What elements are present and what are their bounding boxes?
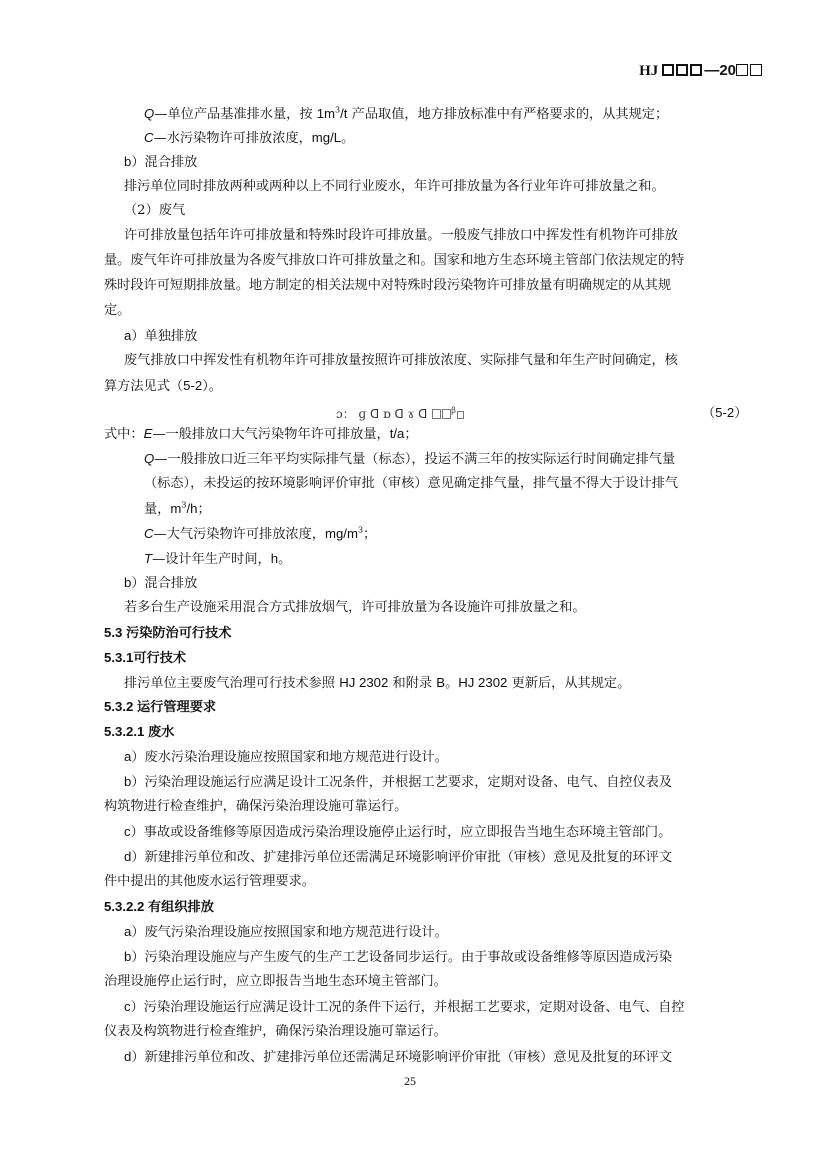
- standard-prefix: HJ: [639, 63, 658, 79]
- text-line-water-b-heading: b）混合排放: [124, 152, 197, 173]
- text-line-og-a: a）废气污染治理设施应按照国家和地方规范进行设计。: [124, 922, 448, 943]
- text-run: ）污染治理设施应与产生废气的生产工艺设备同步运行。由于事故或设备维修等原因造成污…: [131, 950, 672, 965]
- text-run: ）单独排放: [131, 329, 197, 344]
- text-run: 1m: [317, 106, 335, 121]
- placeholder-box: [690, 64, 702, 76]
- text-run: ）事故或设备维修等原因造成污染治理设施停止运行时，应立即报告当地生态环境主管部门…: [131, 825, 672, 840]
- text-line-gas-a-l1: 废气排放口中挥发性有机物年许可排放量按照许可排放浓度、实际排气量和年生产时间确定…: [124, 351, 678, 371]
- text-line-gas-p1-l1: 许可排放量包括年许可排放量和特殊时段许可排放量。一般废气排放口中挥发性有机物许可…: [124, 226, 678, 246]
- text-run: h: [271, 551, 278, 566]
- section-heading: 5.3 污染防治可行技术: [104, 625, 232, 640]
- text-run: m: [170, 501, 181, 516]
- text-line-gas-p1-l4: 定。: [104, 301, 130, 321]
- text-run: —水污染物许可排放浓度，: [154, 131, 312, 146]
- text-line-sec-5-3-1: 5.3.1可行技术: [104, 648, 186, 669]
- placeholder-box: [676, 64, 688, 76]
- variable-symbol: C: [144, 130, 154, 145]
- text-line-sec-5-3-2-2: 5.3.2.2 有组织排放: [104, 897, 214, 918]
- text-line-gas-b-heading: b）混合排放: [124, 573, 197, 594]
- text-line-ww-d-l2: 件中提出的其他废水运行管理要求。: [104, 872, 315, 892]
- equation-superscript: β: [451, 406, 456, 415]
- missing-glyph-box: [457, 411, 464, 419]
- equation-number: （5-2）: [702, 402, 747, 421]
- missing-glyph-box: [442, 409, 451, 419]
- text-line-sec-5-3-2-1: 5.3.2.1 废水: [104, 722, 174, 743]
- text-run: 殊时段许可短期排放量。地方制定的相关法规中对特殊时段污染物许可排放量有明确规定的…: [104, 278, 671, 293]
- text-run: 排污单位主要废气治理可行技术参照: [124, 676, 339, 691]
- text-run: /h: [186, 501, 197, 516]
- text-line-e-def: 式中：E—一般排放口大气污染物年许可排放量，t/a；: [104, 424, 418, 445]
- text-run: —设计年生产时间，: [152, 552, 271, 567]
- text-line-sec-5-3: 5.3 污染防治可行技术: [104, 623, 232, 644]
- text-line-c-gas-def: C—大气污染物许可排放浓度，mg/m3；: [144, 524, 376, 545]
- placeholder-box: [750, 64, 762, 76]
- text-run: ）混合排放: [131, 576, 197, 591]
- text-line-q-gas-l3: 量，m3/h；: [144, 499, 211, 520]
- text-run: ）废水污染治理设施应按照国家和地方规范进行设计。: [131, 750, 448, 765]
- text-line-q-gas-l1: Q—一般排放口近三年平均实际排气量（标态），投运不满三年的按实际运行时间确定排气…: [144, 449, 675, 470]
- text-run: ）混合排放: [131, 155, 197, 170]
- text-run: —一般排放口近三年平均实际排气量（标态），投运不满三年的按实际运行时间确定排气量: [154, 452, 675, 467]
- text-run: ）新建排污单位和改、扩建排污单位还需满足环境影响评价审批（审核）意见及批复的环评…: [131, 850, 672, 865]
- text-line-og-b-l1: b）污染治理设施应与产生废气的生产工艺设备同步运行。由于事故或设备维修等原因造成…: [124, 947, 672, 968]
- page-number: 25: [404, 1074, 416, 1089]
- text-line-og-b-l2: 治理设施停止运行时，应立即报告当地生态环境主管部门。: [104, 972, 447, 992]
- section-heading: 5.3.2.1 废水: [104, 724, 174, 739]
- section-heading: 5.3.2 运行管理要求: [104, 699, 216, 714]
- variable-symbol: Q: [144, 451, 154, 466]
- text-run: ）污染治理设施运行应满足设计工况的条件下运行，并根据工艺要求，定期对设备、电气、…: [131, 1000, 685, 1015]
- text-run: ；: [404, 427, 417, 442]
- text-run: 5-2: [183, 378, 202, 393]
- placeholder-box: [736, 64, 748, 76]
- text-run: 。: [341, 131, 354, 146]
- text-run: ）。: [202, 379, 222, 394]
- text-run: 量，: [144, 502, 170, 517]
- text-run: HJ 2302: [458, 675, 507, 690]
- text-run: B: [436, 675, 445, 690]
- text-line-og-c-l2: 仪表及构筑物进行检查维护，确保污染治理设施可靠运行。: [104, 1022, 447, 1042]
- text-run: —单位产品基准排水量，按: [154, 107, 316, 122]
- variable-symbol: T: [144, 551, 152, 566]
- text-run: 量。废气年许可排放量为各废气排放口许可排放量之和。国家和地方生态环境主管部门依法…: [104, 253, 684, 268]
- text-run: 算方法见式（: [104, 379, 183, 394]
- text-line-c-water-def: C—水污染物许可排放浓度，mg/L。: [144, 128, 354, 149]
- text-run: mg/m: [325, 526, 358, 541]
- text-run: t/a: [390, 426, 405, 441]
- document-page: HJ—20 Q—单位产品基准排水量，按 1m3/t 产品取值，地方排放标准中有严…: [0, 0, 826, 1169]
- text-run: 许可排放量包括年许可排放量和特殊时段许可排放量。一般废气排放口中挥发性有机物许可…: [124, 228, 678, 243]
- text-line-q-water-def: Q—单位产品基准排水量，按 1m3/t 产品取值，地方排放标准中有严格要求的，从…: [144, 104, 668, 125]
- text-line-gas-a-l2: 算方法见式（5-2）。: [104, 376, 222, 397]
- text-line-sec-5-3-1-text: 排污单位主要废气治理可行技术参照 HJ 2302 和附录 B。HJ 2302 更…: [124, 673, 630, 694]
- text-run: HJ 2302: [339, 675, 388, 690]
- text-run: ；: [197, 502, 210, 517]
- text-line-sec-5-3-2: 5.3.2 运行管理要求: [104, 697, 216, 718]
- text-run: ）废气污染治理设施应按照国家和地方规范进行设计。: [131, 925, 448, 940]
- text-line-ww-b-l1: b）污染治理设施运行应满足设计工况条件，并根据工艺要求，定期对设备、电气、自控仪…: [124, 772, 672, 793]
- section-heading: 5.3.1可行技术: [104, 650, 186, 665]
- text-run: 废气排放口中挥发性有机物年许可排放量按照许可排放浓度、实际排气量和年生产时间确定…: [124, 353, 678, 368]
- text-run: 。: [278, 552, 291, 567]
- text-run: mg/L: [312, 130, 341, 145]
- text-line-gas-a-heading: a）单独排放: [124, 326, 197, 347]
- text-run: 更新后，从其规定。: [507, 676, 630, 691]
- text-run: （2）废气: [124, 203, 185, 218]
- text-run: ；: [363, 527, 376, 542]
- standard-code-header: HJ—20: [639, 62, 764, 80]
- text-run: —一般排放口大气污染物年许可排放量，: [152, 427, 389, 442]
- text-line-ww-d-l1: d）新建排污单位和改、扩建排污单位还需满足环境影响评价审批（审核）意见及批复的环…: [124, 847, 672, 868]
- text-line-og-d-l1: d）新建排污单位和改、扩建排污单位还需满足环境影响评价审批（审核）意见及批复的环…: [124, 1047, 672, 1068]
- text-line-ww-b-l2: 构筑物进行检查维护，确保污染治理设施可靠运行。: [104, 797, 407, 817]
- placeholder-box: [662, 64, 674, 76]
- text-line-og-c-l1: c）污染治理设施运行应满足设计工况的条件下运行，并根据工艺要求，定期对设备、电气…: [124, 997, 684, 1018]
- text-line-ww-c: c）事故或设备维修等原因造成污染治理设施停止运行时，应立即报告当地生态环境主管部…: [124, 822, 671, 843]
- text-run: 排污单位同时排放两种或两种以上不同行业废水，年许可排放量为各行业年许可排放量之和…: [124, 179, 665, 194]
- text-line-gas-b-text: 若多台生产设施采用混合方式排放烟气，许可排放量为各设施许可排放量之和。: [124, 598, 586, 618]
- text-line-gas-heading: （2）废气: [124, 201, 185, 221]
- text-run: 若多台生产设施采用混合方式排放烟气，许可排放量为各设施许可排放量之和。: [124, 600, 586, 615]
- text-run: c: [124, 999, 131, 1014]
- text-run: 产品取值，地方排放标准中有严格要求的，从其规定；: [347, 107, 668, 122]
- text-run: 式中：: [104, 427, 144, 442]
- text-line-t-def: T—设计年生产时间，h。: [144, 549, 291, 570]
- text-line-q-gas-l2: （标态），未投运的按环境影响评价审批（审核）意见确定排气量，排气量不得大于设计排…: [144, 474, 678, 494]
- text-run: 和附录: [388, 676, 436, 691]
- text-run: c: [124, 824, 131, 839]
- text-run: 定。: [104, 303, 130, 318]
- text-run: 治理设施停止运行时，应立即报告当地生态环境主管部门。: [104, 974, 447, 989]
- equation-5-2: ɔ： ɡ ᗡ ɒ ᗡ ɤ ᗡ β: [336, 405, 464, 422]
- text-line-gas-p1-l3: 殊时段许可短期排放量。地方制定的相关法规中对特殊时段污染物许可排放量有明确规定的…: [104, 276, 671, 296]
- text-run: 仪表及构筑物进行检查维护，确保污染治理设施可靠运行。: [104, 1024, 447, 1039]
- year-separator: —20: [704, 62, 736, 79]
- text-run: ）污染治理设施运行应满足设计工况条件，并根据工艺要求，定期对设备、电气、自控仪表…: [131, 775, 672, 790]
- text-line-ww-a: a）废水污染治理设施应按照国家和地方规范进行设计。: [124, 747, 448, 768]
- variable-symbol: C: [144, 526, 154, 541]
- section-heading: 5.3.2.2 有组织排放: [104, 899, 214, 914]
- text-line-water-b-text: 排污单位同时排放两种或两种以上不同行业废水，年许可排放量为各行业年许可排放量之和…: [124, 177, 665, 197]
- text-run: 。: [445, 676, 458, 691]
- text-run: —大气污染物许可排放浓度，: [154, 527, 325, 542]
- text-line-gas-p1-l2: 量。废气年许可排放量为各废气排放口许可排放量之和。国家和地方生态环境主管部门依法…: [104, 251, 684, 271]
- text-run: ）新建排污单位和改、扩建排污单位还需满足环境影响评价审批（审核）意见及批复的环评…: [131, 1050, 672, 1065]
- missing-glyph-box: [432, 409, 441, 419]
- equation-glyphs: ɔ： ɡ ᗡ ɒ ᗡ ɤ ᗡ: [336, 407, 427, 421]
- text-run: 构筑物进行检查维护，确保污染治理设施可靠运行。: [104, 799, 407, 814]
- variable-symbol: Q: [144, 106, 154, 121]
- text-run: （标态），未投运的按环境影响评价审批（审核）意见确定排气量，排气量不得大于设计排…: [144, 476, 678, 491]
- text-run: 件中提出的其他废水运行管理要求。: [104, 874, 315, 889]
